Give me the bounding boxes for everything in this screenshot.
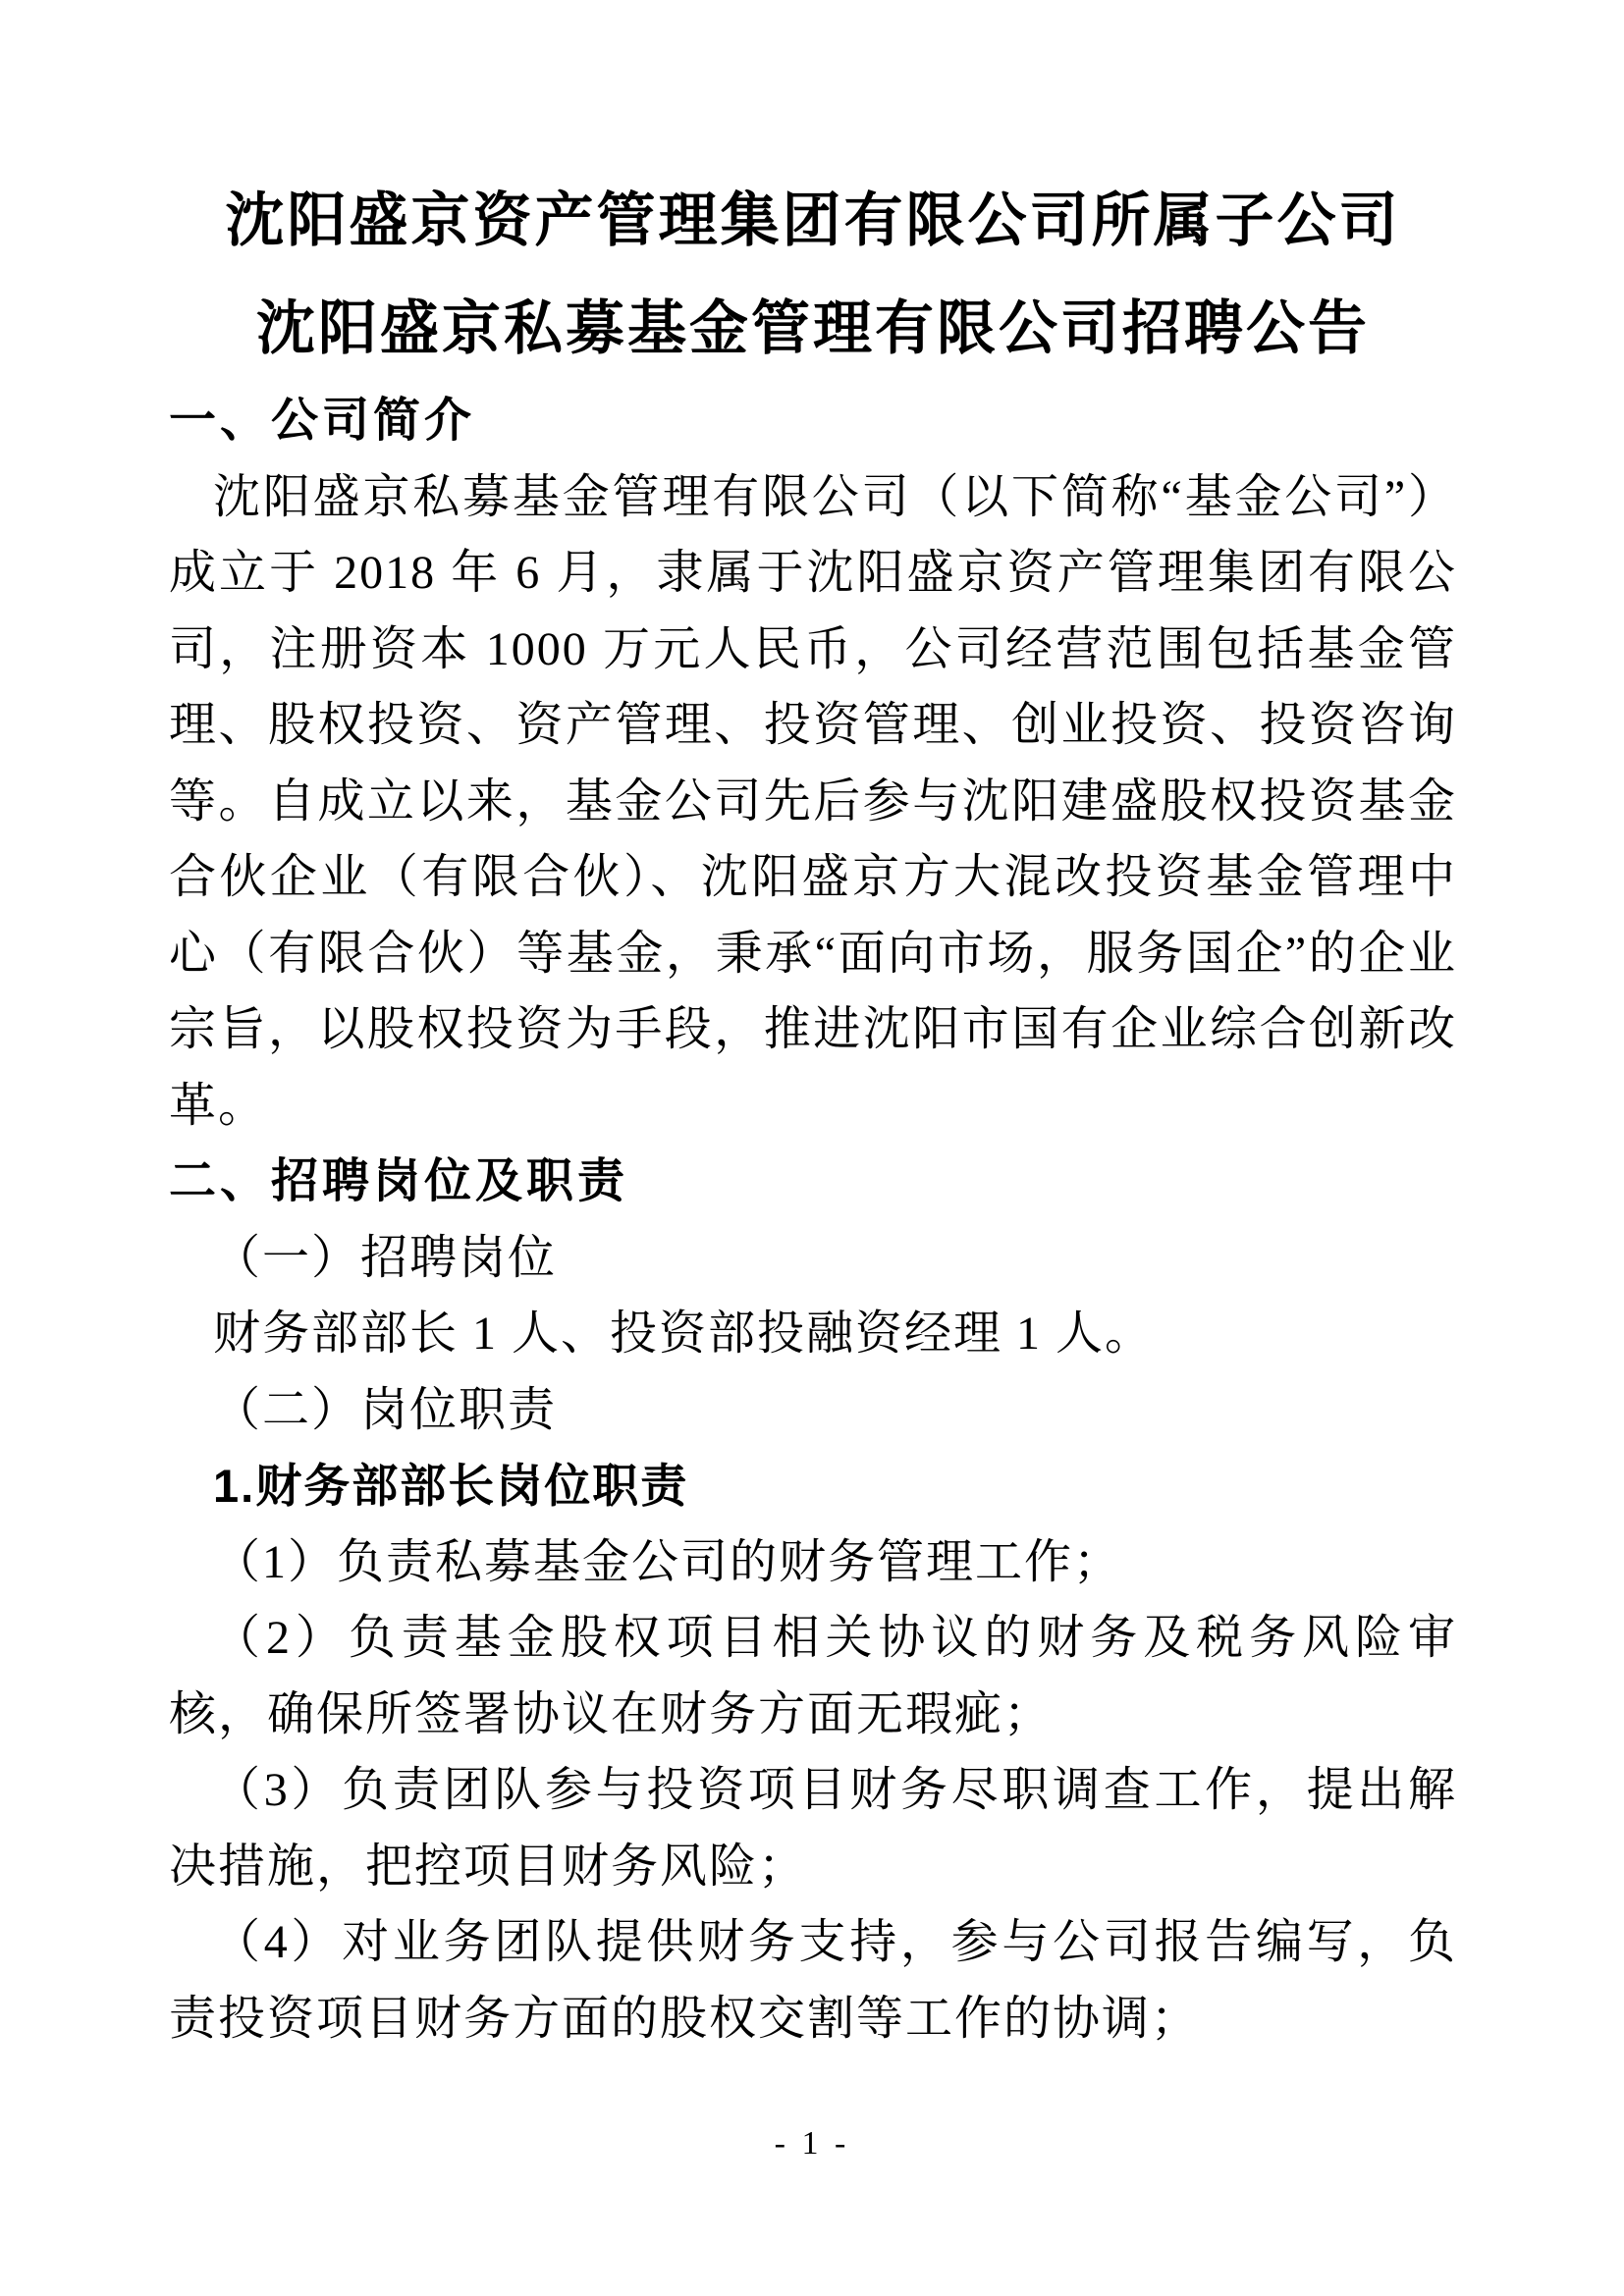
role-1-heading: 1.财务部部长岗位职责 — [169, 1448, 1457, 1524]
page-number: - 1 - — [0, 2125, 1624, 2163]
duty-item-2: （2）负责基金股权项目相关协议的财务及税务风险审核，确保所签署协议在财务方面无瑕… — [169, 1600, 1457, 1752]
subsection-1-heading: （一）招聘岗位 — [169, 1220, 1457, 1297]
duty-item-1: （1）负责私募基金公司的财务管理工作； — [169, 1524, 1457, 1601]
positions-line: 财务部部长 1 人、投资部投融资经理 1 人。 — [169, 1296, 1457, 1372]
section-2-heading: 二、招聘岗位及职责 — [169, 1144, 1457, 1220]
document-title: 沈阳盛京资产管理集团有限公司所属子公司 沈阳盛京私募基金管理有限公司招聘公告 — [169, 167, 1457, 383]
subsection-2-heading: （二）岗位职责 — [169, 1372, 1457, 1449]
section-1-heading: 一、公司简介 — [169, 383, 1457, 459]
title-line-2: 沈阳盛京私募基金管理有限公司招聘公告 — [169, 275, 1457, 383]
duty-item-3: （3）负责团队参与投资项目财务尽职调查工作，提出解决措施，把控项目财务风险； — [169, 1752, 1457, 1904]
document-page: 沈阳盛京资产管理集团有限公司所属子公司 沈阳盛京私募基金管理有限公司招聘公告 一… — [0, 0, 1624, 2296]
duty-item-4: （4）对业务团队提供财务支持，参与公司报告编写，负责投资项目财务方面的股权交割等… — [169, 1904, 1457, 2056]
title-line-1: 沈阳盛京资产管理集团有限公司所属子公司 — [169, 167, 1457, 275]
document-content: 沈阳盛京资产管理集团有限公司所属子公司 沈阳盛京私募基金管理有限公司招聘公告 一… — [169, 167, 1457, 2056]
company-intro-paragraph: 沈阳盛京私募基金管理有限公司（以下简称“基金公司”）成立于 2018 年 6 月… — [169, 459, 1457, 1145]
